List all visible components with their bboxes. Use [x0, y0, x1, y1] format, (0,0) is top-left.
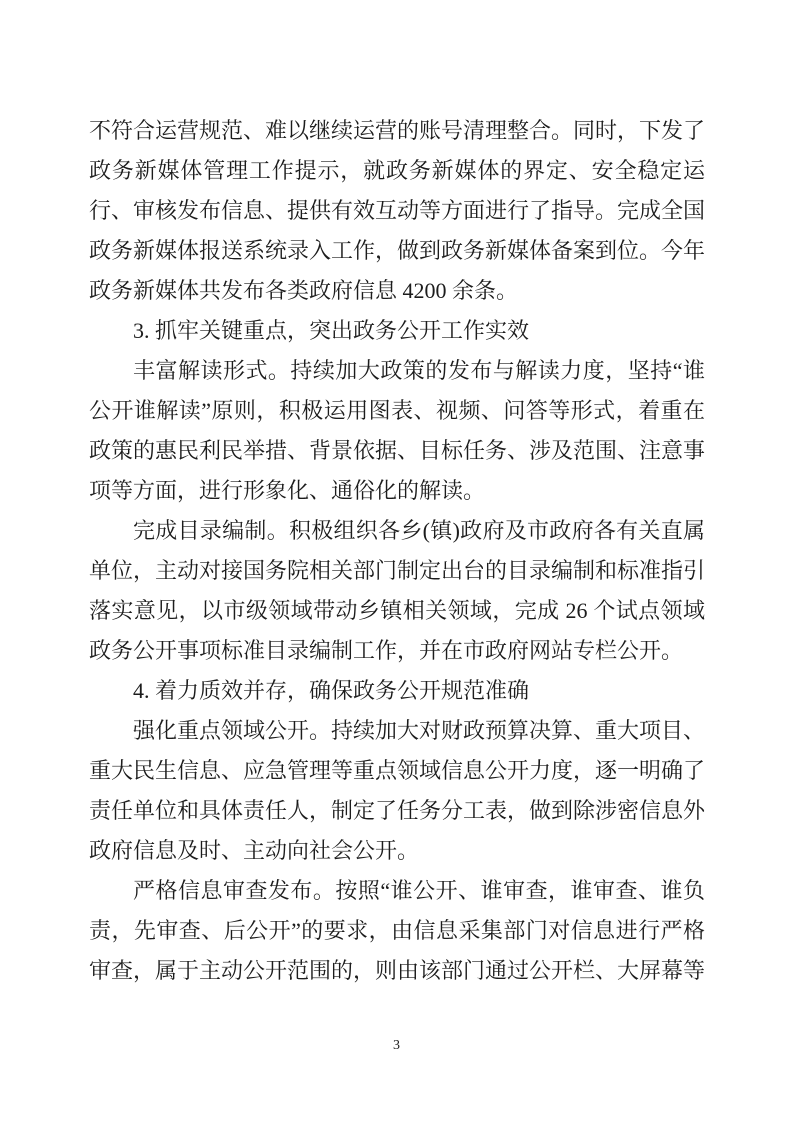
heading-section-4: 4. 着力质效并存，确保政务公开规范准确 — [89, 671, 705, 711]
heading-section-3: 3. 抓牢关键重点，突出政务公开工作实效 — [89, 311, 705, 351]
paragraph-catalog-compilation: 完成目录编制。积极组织各乡(镇)政府及市政府各有关直属单位，主动对接国务院相关部… — [89, 511, 705, 671]
document-page: 不符合运营规范、难以继续运营的账号清理整合。同时，下发了政务新媒体管理工作提示，… — [0, 0, 793, 1122]
paragraph-information-review: 严格信息审查发布。按照“谁公开、谁审查，谁审查、谁负责，先审查、后公开”的要求，… — [89, 871, 705, 991]
document-body: 不符合运营规范、难以继续运营的账号清理整合。同时，下发了政务新媒体管理工作提示，… — [89, 111, 705, 991]
page-number: 3 — [393, 1038, 400, 1053]
page-footer: 3 — [0, 1036, 793, 1055]
paragraph-key-areas-disclosure: 强化重点领域公开。持续加大对财政预算决算、重大项目、重大民生信息、应急管理等重点… — [89, 711, 705, 871]
paragraph-new-media-cleanup: 不符合运营规范、难以继续运营的账号清理整合。同时，下发了政务新媒体管理工作提示，… — [89, 111, 705, 311]
paragraph-interpretation-forms: 丰富解读形式。持续加大政策的发布与解读力度，坚持“谁公开谁解读”原则，积极运用图… — [89, 351, 705, 511]
